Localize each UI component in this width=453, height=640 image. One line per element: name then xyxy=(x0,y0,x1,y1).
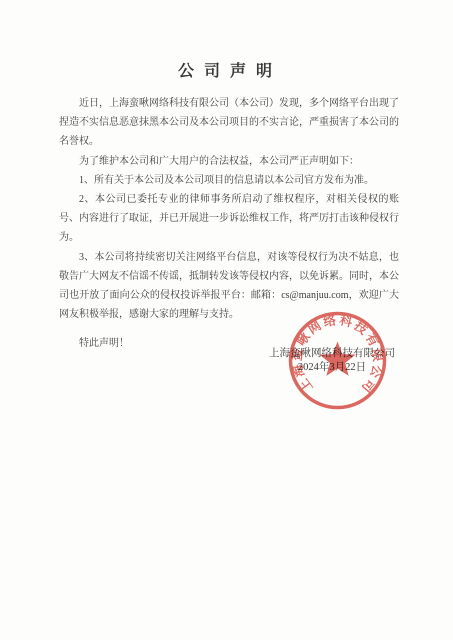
paragraph-intro: 近日，上海蛮啾网络科技有限公司（本公司）发现，多个网络平台出现了捏造不实信息恶意… xyxy=(59,94,399,152)
signature-company: 上海蛮啾网络科技有限公司 xyxy=(266,347,398,361)
signature-date: 2024年3月22日 xyxy=(266,361,398,375)
document-title: 公 司 声 明 xyxy=(0,58,453,81)
paragraph-item-2: 2、本公司已委托专业的律师事务所启动了维权程序，对相关侵权的账号、内容进行了取证… xyxy=(59,190,399,248)
document-body: 近日，上海蛮啾网络科技有限公司（本公司）发现，多个网络平台出现了捏造不实信息恶意… xyxy=(59,94,399,354)
paragraph-item-3: 3、本公司将持续密切关注网络平台信息，对该等侵权行为决不姑息，也敬告广大网友不信… xyxy=(59,248,399,325)
paragraph-preamble: 为了维护本公司和广大用户的合法权益，本公司严正声明如下： xyxy=(59,152,399,171)
paragraph-item-1: 1、所有关于本公司及本公司项目的信息请以本公司官方发布为准。 xyxy=(59,171,399,190)
document-page: 公 司 声 明 近日，上海蛮啾网络科技有限公司（本公司）发现，多个网络平台出现了… xyxy=(0,0,453,640)
signature-block: 上海蛮啾网络科技有限公司 2024年3月22日 xyxy=(266,347,398,375)
